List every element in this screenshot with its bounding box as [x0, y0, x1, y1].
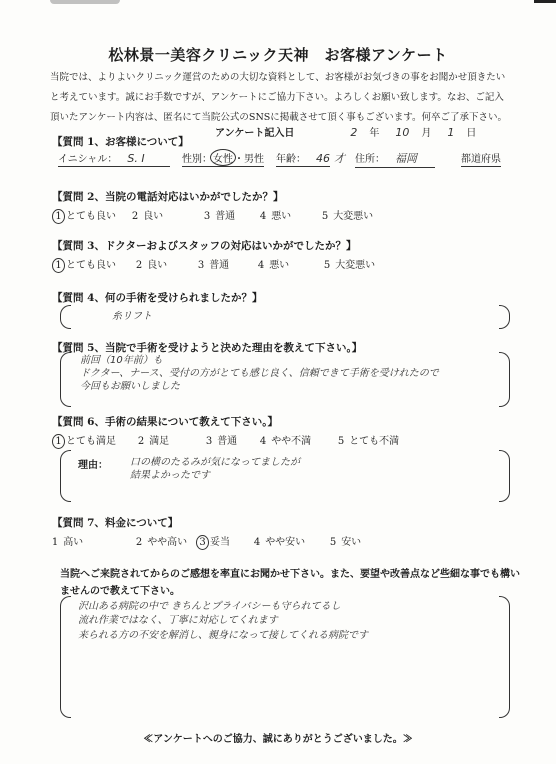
gender-male[interactable]: 男性 [244, 154, 264, 165]
gender-label: 性別： [182, 154, 212, 165]
q2-option-2[interactable]: 2 良い [130, 207, 202, 224]
initial-value: S. I [127, 152, 144, 165]
address-label: 住所： [355, 154, 385, 165]
gender-field[interactable]: 性別：女性・男性 [182, 150, 264, 167]
gender-separator: ・ [234, 154, 244, 165]
q3-option-3[interactable]: 3 普通 [196, 256, 256, 273]
closing-message: ≪アンケートへのご協力、誠にありがとうございました。≫ [0, 730, 556, 745]
q2-option-5[interactable]: 5 大変悪い [320, 207, 373, 224]
q6-heading: 【質問 6、手術の結果について教えて下さい。】 [52, 414, 278, 429]
q7-option-3[interactable]: 3妥当 [196, 533, 252, 550]
option-label: とても満足 [66, 436, 116, 447]
feedback-answer-box[interactable]: 沢山ある病院の中で きちんとプライバシーも守られてるし 流れ作業ではなく、丁寧に… [60, 596, 510, 718]
q4-answer-box[interactable]: 糸リフト [60, 305, 510, 329]
initial-field[interactable]: イニシャル：S. I [58, 150, 170, 167]
option-number: 4 [252, 537, 262, 548]
q6-option-4[interactable]: 4 やや不満 [258, 432, 336, 449]
age-unit: 才 [334, 150, 345, 166]
option-label: やや高い [147, 537, 187, 548]
option-number: 5 [322, 260, 332, 271]
q2-heading: 【質問 2、当院の電話対応はいかがでしたか？】 [52, 189, 283, 204]
option-label: 妥当 [210, 537, 230, 548]
q7-options: 1 高い 2 やや高い 3妥当 4 やや安い 5 安い [50, 533, 361, 550]
q6-options: 1とても満足 2 満足 3 普通 4 やや不満 5 とても不満 [52, 432, 399, 449]
option-number: 5 [320, 211, 330, 222]
option-label: 大変悪い [335, 260, 375, 271]
year-value: 2 [350, 126, 357, 139]
month-value: 10 [395, 126, 409, 139]
year-unit: 年 [369, 124, 379, 139]
q7-option-1[interactable]: 1 高い [50, 533, 134, 550]
option-label: 普通 [209, 260, 229, 271]
option-number: 5 [328, 537, 338, 548]
scan-edge-mark [534, 0, 556, 3]
option-number: 2 [134, 537, 144, 548]
q6-option-1[interactable]: 1とても満足 [52, 432, 136, 449]
option-number: 1 [52, 209, 65, 224]
q4-answer: 糸リフト [112, 310, 152, 323]
option-number: 1 [52, 258, 65, 273]
option-label: 普通 [217, 436, 237, 447]
option-number: 2 [136, 436, 146, 447]
q6-reason-line-2: 結果よかったです [130, 469, 210, 482]
q2-option-1[interactable]: 1とても良い [52, 207, 130, 224]
option-number: 3 [202, 211, 212, 222]
q3-options: 1とても良い 2 良い 3 普通 4 悪い 5 大変悪い [52, 256, 375, 273]
q3-option-2[interactable]: 2 良い [134, 256, 196, 273]
gender-female-selected[interactable]: 女性 [210, 149, 236, 166]
option-number: 3 [204, 436, 214, 447]
q1-heading: 【質問 1、お客様について】 [52, 134, 189, 149]
date-label: アンケート記入日 [215, 124, 294, 139]
q6-reason-box[interactable]: 理由： 口の横のたるみが気になってましたが 結果よかったです [60, 450, 510, 502]
month-unit: 月 [421, 124, 431, 139]
option-label: 満足 [149, 436, 169, 447]
option-number: 4 [258, 211, 268, 222]
intro-text: 当院では、よりよいクリニック運営のための大切な資料として、お客様がお気づきの事を… [50, 68, 510, 128]
feedback-prompt: 当院へご来院されてからのご感想を率直にお聞かせ下さい。また、要望や改善点など些細… [60, 566, 520, 600]
option-label: やや安い [265, 537, 305, 548]
age-value: 46 [316, 152, 330, 165]
option-label: 良い [147, 260, 167, 271]
option-number: 2 [130, 211, 140, 222]
q6-reason-line-1: 口の横のたるみが気になってましたが [130, 456, 300, 469]
scan-smudge [50, 0, 120, 4]
q5-answer-line-1: 前回（10年前）も [80, 354, 163, 367]
q1-fields: イニシャル：S. I 性別：女性・男性 年齢：46 才 住所：福岡 都道府県 [58, 150, 513, 168]
reason-label: 理由： [78, 456, 108, 471]
option-label: 良い [143, 211, 163, 222]
option-label: とても不満 [349, 436, 399, 447]
initial-label: イニシャル： [58, 154, 117, 165]
option-label: 安い [341, 537, 361, 548]
q2-option-4[interactable]: 4 悪い [258, 207, 320, 224]
q5-answer-line-2: ドクター、ナース、受付の方がとても感じ良く、信頼できて手術を受けれたので [80, 367, 439, 380]
option-number: 4 [258, 436, 268, 447]
option-label: とても良い [66, 260, 116, 271]
q4-heading: 【質問 4、何の手術を受けられましたか？】 [52, 290, 262, 305]
age-label: 年齢： [276, 154, 306, 165]
address-suffix: 都道府県 [461, 150, 501, 167]
option-label: 悪い [269, 260, 289, 271]
option-label: 普通 [215, 211, 235, 222]
option-label: 悪い [271, 211, 291, 222]
option-label: 大変悪い [333, 211, 373, 222]
option-number: 3 [196, 260, 206, 271]
option-number: 1 [50, 537, 60, 548]
age-field[interactable]: 年齢：46 [276, 150, 330, 167]
option-label: とても良い [66, 211, 116, 222]
option-number: 4 [256, 260, 266, 271]
option-number: 5 [336, 436, 346, 447]
option-number: 2 [134, 260, 144, 271]
q5-answer-line-3: 今回もお願いしました [80, 380, 180, 393]
q7-option-4[interactable]: 4 やや安い [252, 533, 328, 550]
q5-answer-box[interactable]: 前回（10年前）も ドクター、ナース、受付の方がとても感じ良く、信頼できて手術を… [60, 352, 510, 407]
option-number: 3 [196, 535, 209, 550]
q3-option-5[interactable]: 5 大変悪い [322, 256, 375, 273]
feedback-answer-line-3: 来られる方の不安を解消し、親身になって接してくれる病院です [78, 629, 368, 642]
q2-option-3[interactable]: 3 普通 [202, 207, 258, 224]
survey-date: アンケート記入日 2 年 10 月 1 日 [215, 124, 476, 139]
address-value: 福岡 [395, 152, 417, 165]
address-field[interactable]: 住所：福岡 [355, 150, 435, 168]
day-unit: 日 [466, 124, 476, 139]
q3-option-4[interactable]: 4 悪い [256, 256, 322, 273]
q6-option-3[interactable]: 3 普通 [204, 432, 258, 449]
q3-option-1[interactable]: 1とても良い [52, 256, 134, 273]
survey-title: 松林景一美容クリニック天神 お客様アンケート [0, 44, 556, 65]
option-label: 高い [63, 537, 83, 548]
q3-heading: 【質問 3、ドクターおよびスタッフの対応はいかがでしたか？】 [52, 238, 357, 253]
option-number: 1 [52, 434, 65, 449]
feedback-answer-line-2: 流れ作業ではなく、丁寧に対応してくれます [78, 614, 278, 627]
q7-heading: 【質問 7、料金について】 [52, 515, 178, 530]
day-value: 1 [447, 126, 454, 139]
q6-option-2[interactable]: 2 満足 [136, 432, 204, 449]
q7-option-2[interactable]: 2 やや高い [134, 533, 196, 550]
q7-option-5[interactable]: 5 安い [328, 533, 361, 550]
q2-options: 1とても良い 2 良い 3 普通 4 悪い 5 大変悪い [52, 207, 373, 224]
feedback-answer-line-1: 沢山ある病院の中で きちんとプライバシーも守られてるし [78, 600, 341, 613]
q6-option-5[interactable]: 5 とても不満 [336, 432, 399, 449]
option-label: やや不満 [271, 436, 311, 447]
